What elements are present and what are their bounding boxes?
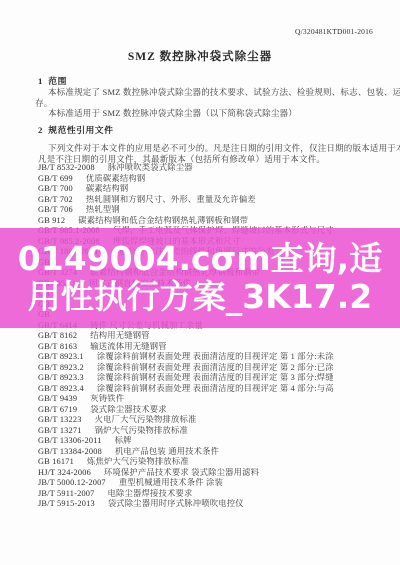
reference-row: HJ/T 324-2006环境保护产品技术要求 袋式除尘器用滤料 — [38, 468, 392, 479]
reference-row: GB/T 9439灰铸铁件 — [38, 394, 392, 405]
reference-row: GB/T 8923.3涂覆涂料前钢材表面处理 表面清洁度的目视评定 第 3 部分… — [38, 373, 392, 384]
reference-row: GB/T 8923.4涂覆涂料前钢材表面处理 表面清洁度的目视评定 第 4 部分… — [38, 384, 392, 395]
reference-title: 锅炉大气污染物排放标准 — [95, 426, 188, 435]
watermark-text-line-2: 用性执行方案_3K17.2 — [0, 278, 400, 316]
reference-row: GB 912碳素结构钢和低合金结构钢热轧薄钢板和钢带 — [38, 216, 392, 227]
reference-row: GB/T 13384-2008机电产品包装 通用技术条件 — [38, 447, 392, 458]
reference-row: GB/T 702热轧圆钢和方钢尺寸、外形、重量及允许偏差 — [38, 195, 392, 206]
normative-references-list: JB/T 8532-2008脉冲喷吹类袋式除尘器 GB/T 699优质碳素结构钢… — [38, 163, 392, 510]
reference-title: 涂覆涂料前钢材表面处理 表面清洁度的目视评定 第 3 部分:焊缝 — [97, 373, 334, 382]
reference-code: GB/T 8923.4 — [38, 384, 84, 395]
reference-code: HJ/T 324-2006 — [38, 468, 91, 479]
reference-title: 炼焦炉大气污染物排放标准 — [87, 457, 189, 466]
reference-title: 涂覆涂料前钢材表面处理 表面清洁度的目视评定 第 1 部分:未涂 — [97, 352, 334, 361]
document-title: SMZ 数控脉冲袋式除尘器 — [0, 48, 400, 64]
reference-code: GB/T 8923.1 — [38, 352, 84, 363]
reference-code: GB/T 699 — [38, 174, 73, 185]
reference-row: GB/T 700碳素结构钢 — [38, 184, 392, 195]
reference-row: GB 16171炼焦炉大气污染物排放标准 — [38, 457, 392, 468]
reference-title: 袋式除尘器技术要求 — [90, 405, 166, 414]
reference-title: 热轧型钢 — [86, 205, 120, 214]
reference-title: 优质碳素结构钢 — [86, 174, 145, 183]
reference-title: 标牌 — [115, 436, 132, 445]
reference-code: GB/T 13384-2008 — [38, 447, 102, 458]
reference-code: GB/T 13306-2011 — [38, 436, 102, 447]
reference-code: GB/T 8923.2 — [38, 363, 84, 374]
reference-code: GB/T 706 — [38, 205, 73, 216]
reference-title: 脉冲喷吹类袋式除尘器 — [108, 163, 193, 172]
section-1-paragraph-line-1: 本标准规定了 SMZ 数控脉冲袋式除尘器的技术要求、试验方法、检验规则、标志、包… — [48, 86, 400, 98]
reference-row: GB/T 13223火电厂大气污染物排放标准 — [38, 415, 392, 426]
watermark-overlay-banner: 0149004.cσm查询,适 用性执行方案_3K17.2 — [0, 228, 400, 328]
reference-row: GB/T 706热轧型钢 — [38, 205, 392, 216]
reference-row: JB/T 8532-2008脉冲喷吹类袋式除尘器 — [38, 163, 392, 174]
reference-code: GB/T 8162 — [38, 331, 77, 342]
reference-code: JB/T 5911-2007 — [38, 489, 95, 500]
reference-row: GB/T 699优质碳素结构钢 — [38, 174, 392, 185]
reference-title: 涂覆涂料前钢材表面处理 表面清洁度的目视评定 第 2 部分:已涂 — [97, 363, 334, 372]
reference-title: 碳素结构钢 — [86, 184, 129, 193]
reference-title: 涂覆涂料前钢材表面处理 表面清洁度的目视评定 第 4 部分:与高 — [97, 384, 334, 393]
reference-row: JB/T 5915-2013袋式除尘器用时序式脉冲喷吹电控仪 — [38, 499, 392, 510]
reference-row: GB/T 8162结构用无缝钢管 — [38, 331, 392, 342]
reference-title: 袋式除尘器用时序式脉冲喷吹电控仪 — [108, 499, 244, 508]
reference-title: 结构用无缝钢管 — [90, 331, 149, 340]
document-standard-number: Q/320481KTD001-2016 — [295, 27, 373, 36]
reference-title: 碳素结构钢和低合金结构钢热轧薄钢板和钢带 — [78, 216, 248, 225]
reference-title: 重型机械通用技术条件 涂装 — [119, 478, 223, 487]
reference-code: GB/T 700 — [38, 184, 73, 195]
reference-code: JB/T 8532-2008 — [38, 163, 95, 174]
reference-code: GB 912 — [38, 216, 65, 227]
reference-title: 电除尘器焊接技术要求 — [108, 489, 193, 498]
reference-code: GB/T 13271 — [38, 426, 82, 437]
reference-row: GB/T 6719袋式除尘器技术要求 — [38, 405, 392, 416]
reference-row: JB/T 5000.12-2007重型机械通用技术条件 涂装 — [38, 478, 392, 489]
reference-row: GB/T 8923.1涂覆涂料前钢材表面处理 表面清洁度的目视评定 第 1 部分… — [38, 352, 392, 363]
reference-code: GB/T 6719 — [38, 405, 77, 416]
reference-code: GB/T 702 — [38, 195, 73, 206]
reference-title: 灰铸铁件 — [90, 394, 124, 403]
reference-row: GB/T 13306-2011标牌 — [38, 436, 392, 447]
reference-code: GB 16171 — [38, 457, 74, 468]
reference-title: 输送流体用无缝钢管 — [90, 342, 166, 351]
reference-row: GB/T 8163输送流体用无缝钢管 — [38, 342, 392, 353]
watermark-text-line-1: 0149004.cσm查询,适 — [0, 240, 400, 278]
reference-code: GB/T 8923.3 — [38, 373, 84, 384]
reference-title: 热轧圆钢和方钢尺寸、外形、重量及允许偏差 — [86, 195, 256, 204]
section-1-paragraph-2: 本标准适用于 SMZ 数控脉冲袋式除尘器（以下简称袋式除尘器） — [48, 107, 297, 119]
scanned-standard-document-page: Q/320481KTD001-2016 SMZ 数控脉冲袋式除尘器 1 范围 本… — [0, 0, 400, 565]
reference-row: GB/T 8923.2涂覆涂料前钢材表面处理 表面清洁度的目视评定 第 2 部分… — [38, 363, 392, 374]
reference-code: GB/T 9439 — [38, 394, 77, 405]
reference-code: GB/T 8163 — [38, 342, 77, 353]
reference-code: GB/T 13223 — [38, 415, 82, 426]
reference-title: 环境保护产品技术要求 袋式除尘器用滤料 — [104, 468, 259, 477]
reference-title: 机电产品包装 通用技术条件 — [115, 447, 219, 456]
reference-code: JB/T 5915-2013 — [38, 499, 95, 510]
reference-row: GB/T 13271锅炉大气污染物排放标准 — [38, 426, 392, 437]
section-2-heading: 2 规范性引用文件 — [38, 123, 113, 136]
reference-code: JB/T 5000.12-2007 — [38, 478, 106, 489]
watermark-text: 0149004.cσm查询,适 用性执行方案_3K17.2 — [0, 240, 400, 316]
reference-row: JB/T 5911-2007电除尘器焊接技术要求 — [38, 489, 392, 500]
reference-title: 火电厂大气污染物排放标准 — [95, 415, 197, 424]
